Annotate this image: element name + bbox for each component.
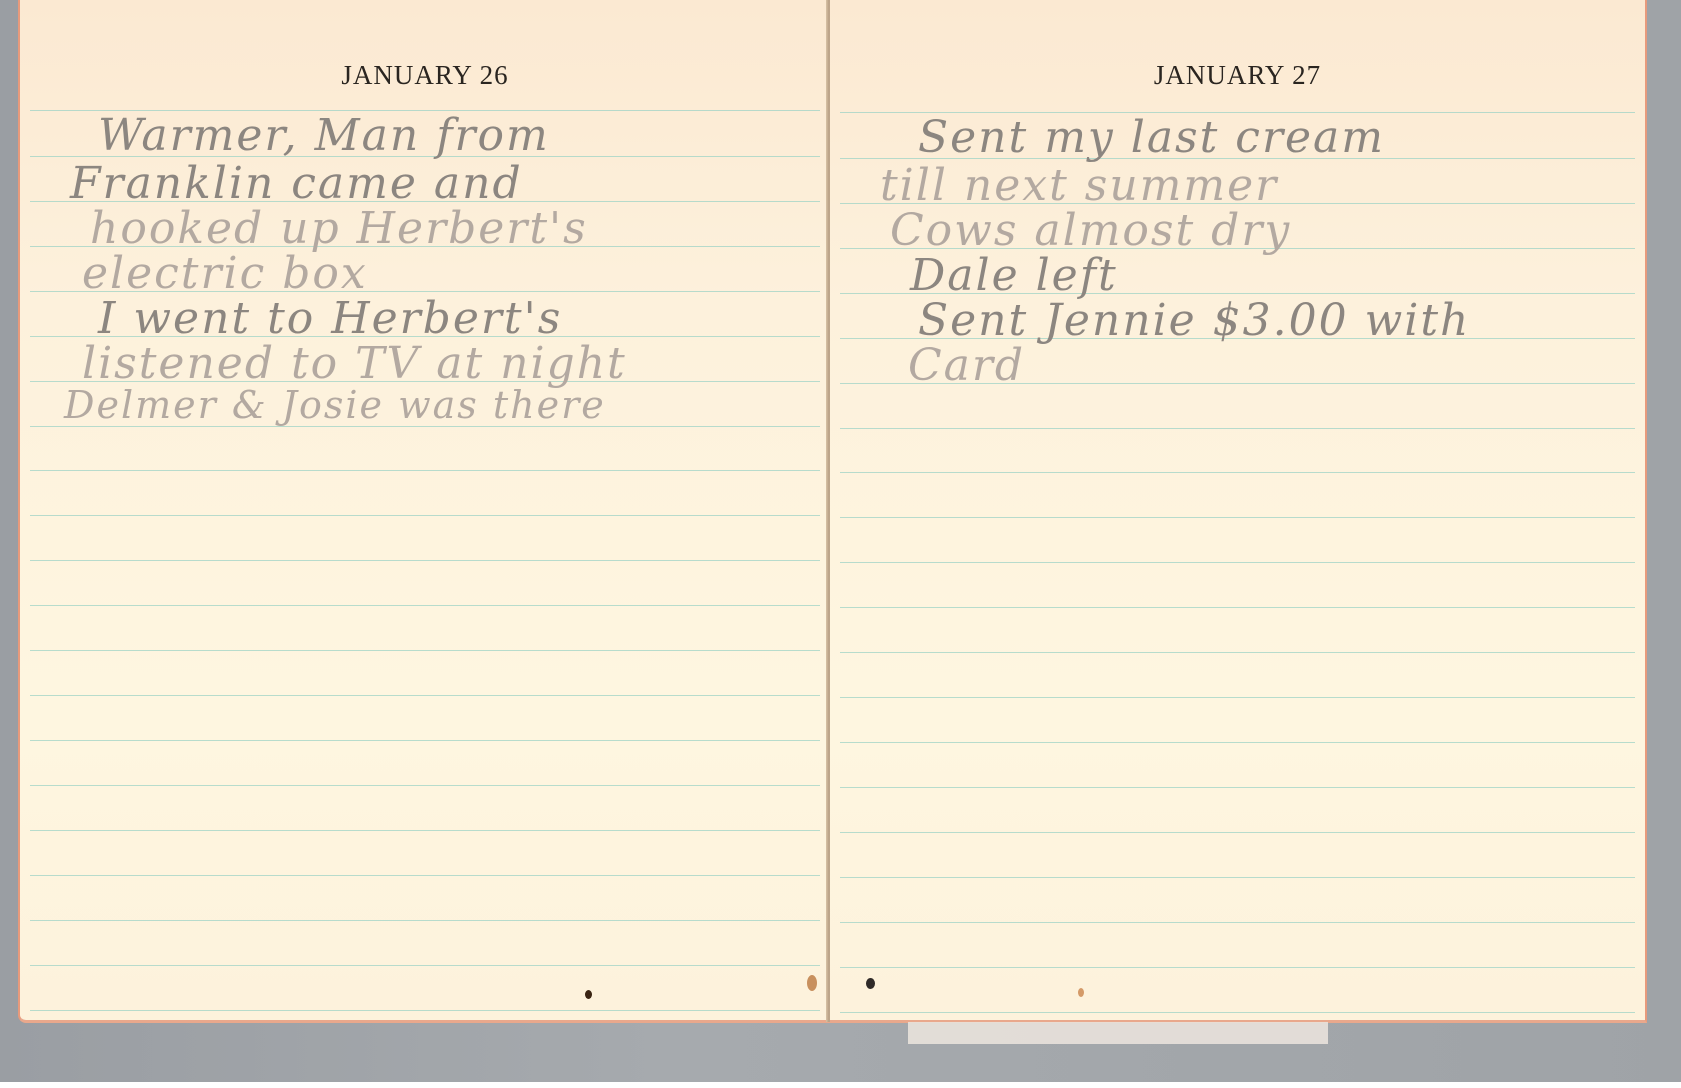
ruled-line — [840, 877, 1635, 878]
handwritten-line: Sent Jennie $3.00 with — [918, 295, 1470, 346]
handwritten-line: I went to Herbert's — [98, 293, 562, 344]
handwritten-line: electric box — [82, 248, 368, 299]
stain-spot — [1078, 988, 1084, 997]
handwritten-line: hooked up Herbert's — [90, 203, 588, 254]
ruled-line — [30, 650, 820, 651]
handwritten-line: Sent my last cream — [918, 112, 1385, 163]
ruled-line — [30, 920, 820, 921]
ink-spot — [866, 978, 875, 989]
handwritten-line: Franklin came and — [70, 158, 523, 209]
stain-spot — [807, 975, 817, 991]
ruled-line — [840, 967, 1635, 968]
ruled-line — [30, 470, 820, 471]
handwritten-line: Card — [908, 340, 1025, 391]
ruled-line — [30, 560, 820, 561]
ruled-line — [840, 922, 1635, 923]
ruled-line — [30, 740, 820, 741]
ruled-line — [30, 875, 820, 876]
ruled-line — [840, 832, 1635, 833]
ruled-line — [840, 517, 1635, 518]
ruled-line — [840, 607, 1635, 608]
ruled-line — [840, 562, 1635, 563]
ink-spot — [585, 990, 592, 999]
ruled-line — [30, 965, 820, 966]
ruled-line — [840, 1012, 1635, 1013]
diary-page-right: JANUARY 27 Sent my last cream till next … — [830, 0, 1647, 1023]
page-date-header: JANUARY 26 — [20, 60, 830, 91]
handwritten-line: till next summer — [880, 160, 1278, 211]
handwritten-line: Warmer, Man from — [98, 110, 550, 161]
page-date-header: JANUARY 27 — [830, 60, 1645, 91]
ruled-line — [840, 787, 1635, 788]
ruled-line — [840, 697, 1635, 698]
handwritten-line: Dale left — [910, 250, 1118, 301]
ruled-line — [840, 472, 1635, 473]
ruled-line — [840, 652, 1635, 653]
ruled-line — [30, 605, 820, 606]
handwritten-line: listened to TV at night — [82, 338, 627, 389]
page-tab-bottom — [908, 1022, 1328, 1044]
ruled-line — [30, 515, 820, 516]
ruled-line — [30, 1010, 820, 1011]
handwritten-line: Delmer & Josie was there — [64, 383, 606, 427]
ruled-line — [840, 428, 1635, 429]
ruled-line — [30, 695, 820, 696]
diary-page-left: JANUARY 26 Warmer, Man from Franklin cam… — [18, 0, 830, 1023]
open-diary: JANUARY 26 Warmer, Man from Franklin cam… — [18, 0, 1648, 1022]
ruled-line — [30, 785, 820, 786]
ruled-line — [840, 742, 1635, 743]
handwritten-line: Cows almost dry — [890, 205, 1291, 256]
ruled-line — [30, 830, 820, 831]
